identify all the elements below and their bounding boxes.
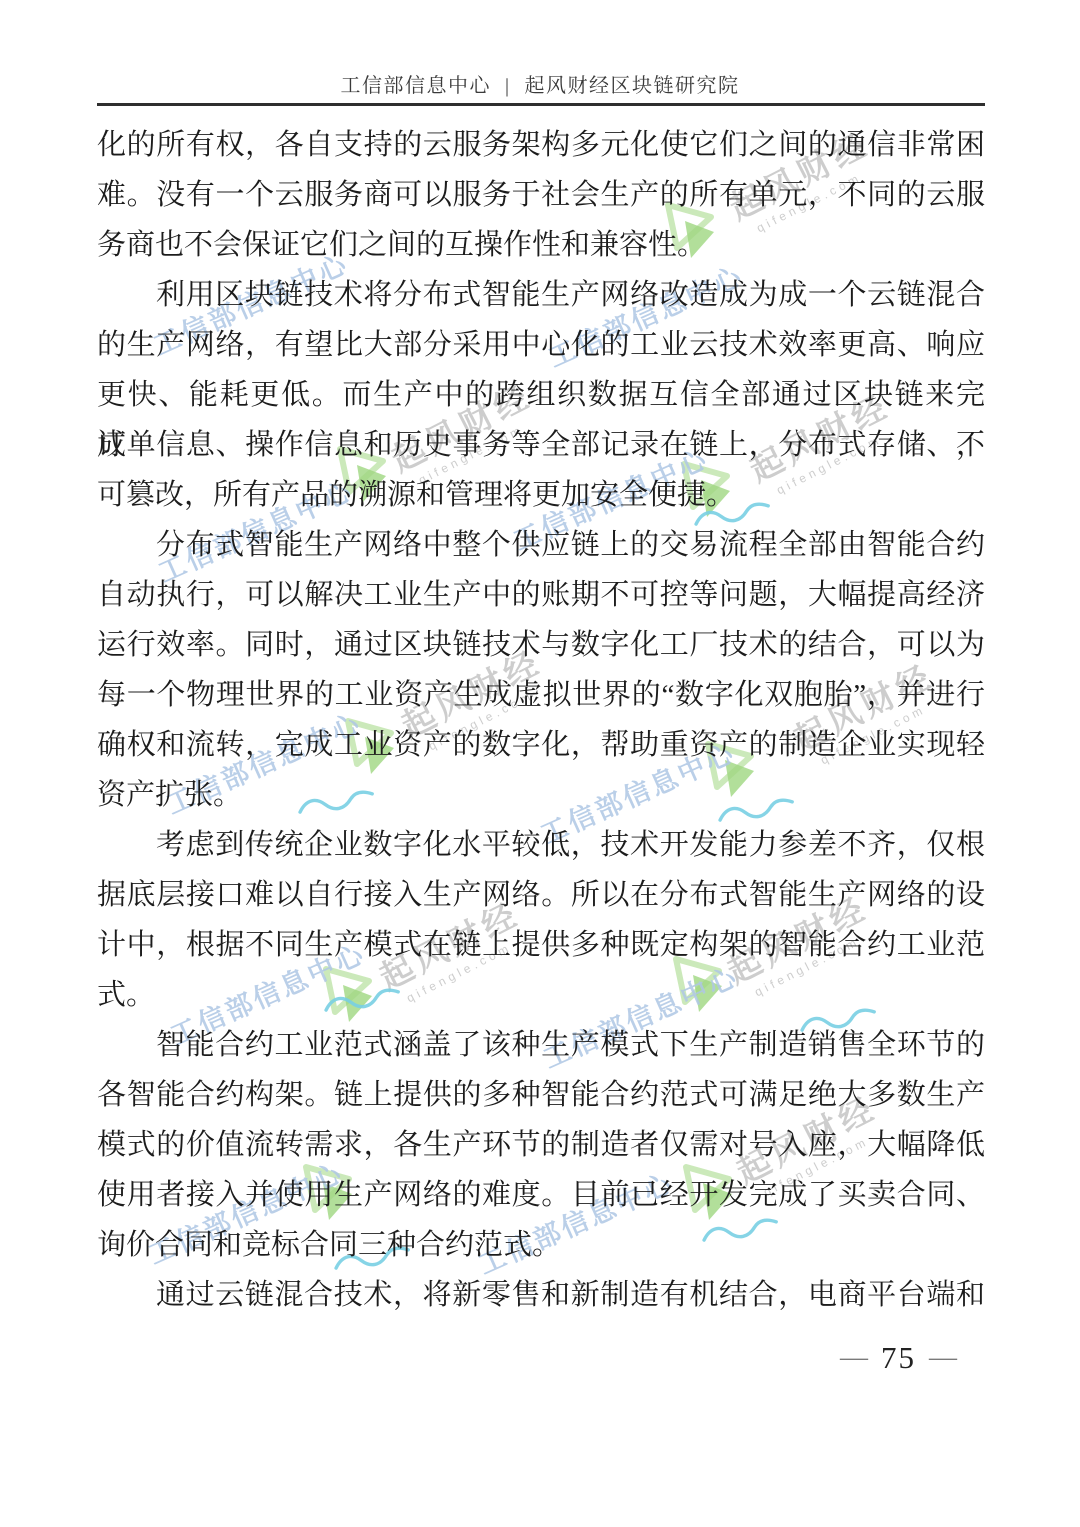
body-text-line: 的生产网络，有望比大部分采用中心化的工业云技术效率更高、响应 bbox=[97, 320, 985, 370]
body-text-line: 每一个物理世界的工业资产生成虚拟世界的“数字化双胞胎”，并进行 bbox=[97, 670, 985, 720]
body-text-line: 资产扩张。 bbox=[97, 770, 985, 820]
body-text-line: 模式的价值流转需求，各生产环节的制造者仅需对号入座，大幅降低 bbox=[97, 1120, 985, 1170]
body-text-line: 通过云链混合技术，将新零售和新制造有机结合，电商平台端和 bbox=[97, 1270, 985, 1320]
body-text-line: 据底层接口难以自行接入生产网络。所以在分布式智能生产网络的设 bbox=[97, 870, 985, 920]
body-text-line: 更快、能耗更低。而生产中的跨组织数据互信全部通过区块链来完成， bbox=[97, 370, 985, 420]
body-text-line: 难。没有一个云服务商可以服务于社会生产的所有单元，不同的云服 bbox=[97, 170, 985, 220]
body-text: 化的所有权，各自支持的云服务架构多元化使它们之间的通信非常困 难。没有一个云服务… bbox=[97, 120, 985, 1320]
body-text-line: 考虑到传统企业数字化水平较低，技术开发能力参差不齐，仅根 bbox=[97, 820, 985, 870]
body-text-line: 化的所有权，各自支持的云服务架构多元化使它们之间的通信非常困 bbox=[97, 120, 985, 170]
page-number: — 75 — bbox=[840, 1338, 957, 1378]
header-separator: | bbox=[505, 75, 511, 97]
body-text-line: 运行效率。同时，通过区块链技术与数字化工厂技术的结合，可以为 bbox=[97, 620, 985, 670]
body-text-line: 计中，根据不同生产模式在链上提供多种既定构架的智能合约工业范 bbox=[97, 920, 985, 970]
body-text-line: 确权和流转，完成工业资产的数字化，帮助重资产的制造企业实现轻 bbox=[97, 720, 985, 770]
body-text-line: 利用区块链技术将分布式智能生产网络改造成为成一个云链混合 bbox=[97, 270, 985, 320]
page-number-value: 75 bbox=[881, 1338, 916, 1378]
page-number-dash-right: — bbox=[929, 1338, 957, 1378]
body-text-line: 式。 bbox=[97, 970, 985, 1020]
header-rule bbox=[97, 103, 985, 106]
body-text-line: 自动执行，可以解决工业生产中的账期不可控等问题，大幅提高经济 bbox=[97, 570, 985, 620]
header-institute-name: 起风财经区块链研究院 bbox=[525, 75, 740, 97]
page-header: 工信部信息中心|起风财经区块链研究院 bbox=[0, 74, 1080, 98]
body-text-line: 询价合同和竞标合同三种合约范式。 bbox=[97, 1220, 985, 1270]
body-text-line: 务商也不会保证它们之间的互操作性和兼容性。 bbox=[97, 220, 985, 270]
body-text-line: 各智能合约构架。链上提供的多种智能合约范式可满足绝大多数生产 bbox=[97, 1070, 985, 1120]
body-text-line: 分布式智能生产网络中整个供应链上的交易流程全部由智能合约 bbox=[97, 520, 985, 570]
body-text-line: 订单信息、操作信息和历史事务等全部记录在链上，分布式存储、不 bbox=[97, 420, 985, 470]
body-text-line: 智能合约工业范式涵盖了该种生产模式下生产制造销售全环节的 bbox=[97, 1020, 985, 1070]
document-page: 起风财经qifengle.com起风财经qifengle.com起风财经qife… bbox=[0, 0, 1080, 1527]
body-text-line: 使用者接入并使用生产网络的难度。目前已经开发完成了买卖合同、 bbox=[97, 1170, 985, 1220]
body-text-line: 可篡改，所有产品的溯源和管理将更加安全便捷。 bbox=[97, 470, 985, 520]
page-number-dash-left: — bbox=[840, 1338, 868, 1378]
header-org-name: 工信部信息中心 bbox=[340, 75, 491, 97]
